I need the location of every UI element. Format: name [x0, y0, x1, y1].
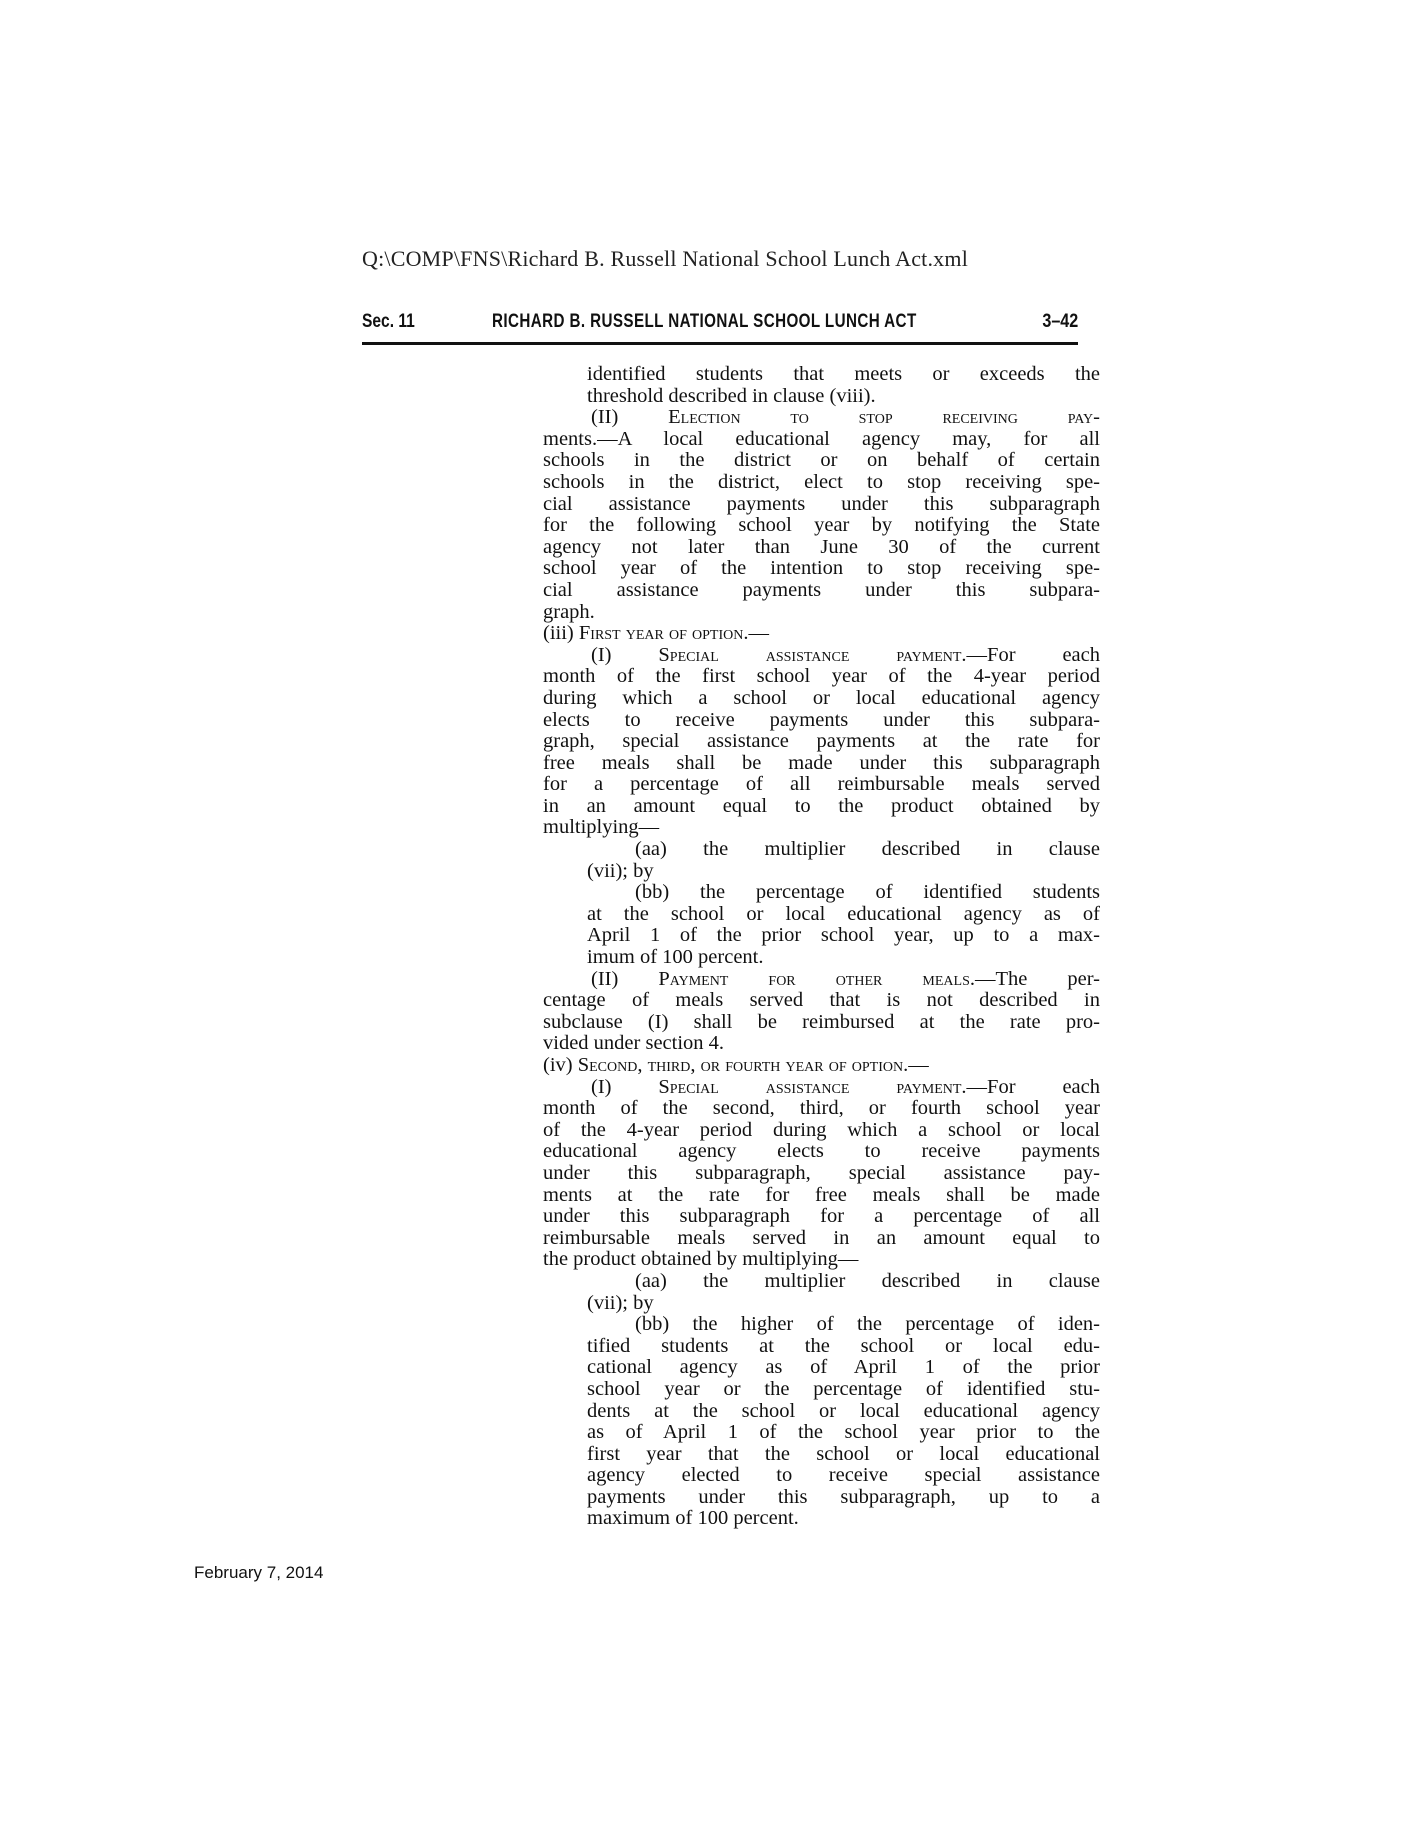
text-line: the product obtained by multiplying—	[543, 1249, 1100, 1271]
text-line: school year or the percentage of identif…	[543, 1379, 1100, 1401]
text-line: month of the second, third, or fourth sc…	[543, 1098, 1100, 1120]
text-line: cational agency as of April 1 of the pri…	[543, 1357, 1100, 1379]
text-line: multiplying—	[543, 817, 1100, 839]
text-line: centage of meals served that is not desc…	[543, 990, 1100, 1012]
header-rule	[362, 342, 1078, 345]
text-line: month of the first school year of the 4-…	[543, 666, 1100, 688]
text-line: payments under this subparagraph, up to …	[543, 1487, 1100, 1509]
text-line: first year that the school or local educ…	[543, 1444, 1100, 1466]
text-line: (I) Special assistance payment.—For each	[543, 645, 1100, 667]
running-head: Sec. 11 RICHARD B. RUSSELL NATIONAL SCHO…	[362, 311, 1078, 341]
text-line: elects to receive payments under this su…	[543, 710, 1100, 732]
text-line: graph.	[543, 602, 1100, 624]
text-line: imum of 100 percent.	[543, 947, 1100, 969]
text-line: (iii) First year of option.—	[543, 623, 1100, 645]
text-line: vided under section 4.	[543, 1033, 1100, 1055]
text-line: agency not later than June 30 of the cur…	[543, 537, 1100, 559]
text-line: educational agency elects to receive pay…	[543, 1141, 1100, 1163]
text-line: (iv) Second, third, or fourth year of op…	[543, 1055, 1100, 1077]
text-line: for a percentage of all reimbursable mea…	[543, 774, 1100, 796]
text-line: graph, special assistance payments at th…	[543, 731, 1100, 753]
text-line: under this subparagraph for a percentage…	[543, 1206, 1100, 1228]
text-line: reimbursable meals served in an amount e…	[543, 1228, 1100, 1250]
text-line: under this subparagraph, special assista…	[543, 1163, 1100, 1185]
text-line: of the 4-year period during which a scho…	[543, 1120, 1100, 1142]
text-line: free meals shall be made under this subp…	[543, 753, 1100, 775]
text-line: at the school or local educational agenc…	[543, 904, 1100, 926]
text-line: during which a school or local education…	[543, 688, 1100, 710]
text-line: in an amount equal to the product obtain…	[543, 796, 1100, 818]
text-line: (vii); by	[543, 861, 1100, 883]
text-line: ments.—A local educational agency may, f…	[543, 429, 1100, 451]
text-line: school year of the intention to stop rec…	[543, 558, 1100, 580]
text-line: agency elected to receive special assist…	[543, 1465, 1100, 1487]
text-line: April 1 of the prior school year, up to …	[543, 925, 1100, 947]
text-line: maximum of 100 percent.	[543, 1508, 1100, 1530]
text-line: (aa) the multiplier described in clause	[543, 839, 1100, 861]
clause-heading: Special assistance payment.	[658, 644, 966, 666]
text-line: threshold described in clause (viii).	[543, 386, 1100, 408]
file-path: Q:\COMP\FNS\Richard B. Russell National …	[362, 246, 968, 272]
clause-heading: Payment for other meals.	[658, 968, 975, 990]
text-line: cial assistance payments under this subp…	[543, 494, 1100, 516]
text-line: (vii); by	[543, 1293, 1100, 1315]
text-line: (I) Special assistance payment.—For each	[543, 1077, 1100, 1099]
text-line: (II) Election to stop receiving pay-	[543, 407, 1100, 429]
text-line: schools in the district, elect to stop r…	[543, 472, 1100, 494]
text-line: (II) Payment for other meals.—The per-	[543, 969, 1100, 991]
text-line: dents at the school or local educational…	[543, 1401, 1100, 1423]
text-line: as of April 1 of the school year prior t…	[543, 1422, 1100, 1444]
clause-heading: Election to stop receiving pay-	[668, 406, 1100, 428]
page-number: 3–42	[1042, 311, 1078, 333]
text-line: (bb) the higher of the percentage of ide…	[543, 1314, 1100, 1336]
section-number: Sec. 11	[362, 311, 415, 333]
text-line: (bb) the percentage of identified studen…	[543, 882, 1100, 904]
text-line: for the following school year by notifyi…	[543, 515, 1100, 537]
text-line: schools in the district or on behalf of …	[543, 450, 1100, 472]
text-line: ments at the rate for free meals shall b…	[543, 1185, 1100, 1207]
clause-heading: First year of option.	[579, 622, 749, 644]
text-line: identified students that meets or exceed…	[543, 364, 1100, 386]
statute-body: identified students that meets or exceed…	[543, 364, 1100, 1530]
text-line: cial assistance payments under this subp…	[543, 580, 1100, 602]
clause-heading: Special assistance payment.	[658, 1076, 966, 1098]
text-line: subclause (I) shall be reimbursed at the…	[543, 1012, 1100, 1034]
clause-heading: Second, third, or fourth year of option.	[578, 1054, 908, 1076]
text-line: (aa) the multiplier described in clause	[543, 1271, 1100, 1293]
act-title: RICHARD B. RUSSELL NATIONAL SCHOOL LUNCH…	[492, 311, 917, 333]
footer-date: February 7, 2014	[194, 1563, 323, 1583]
text-line: tified students at the school or local e…	[543, 1336, 1100, 1358]
